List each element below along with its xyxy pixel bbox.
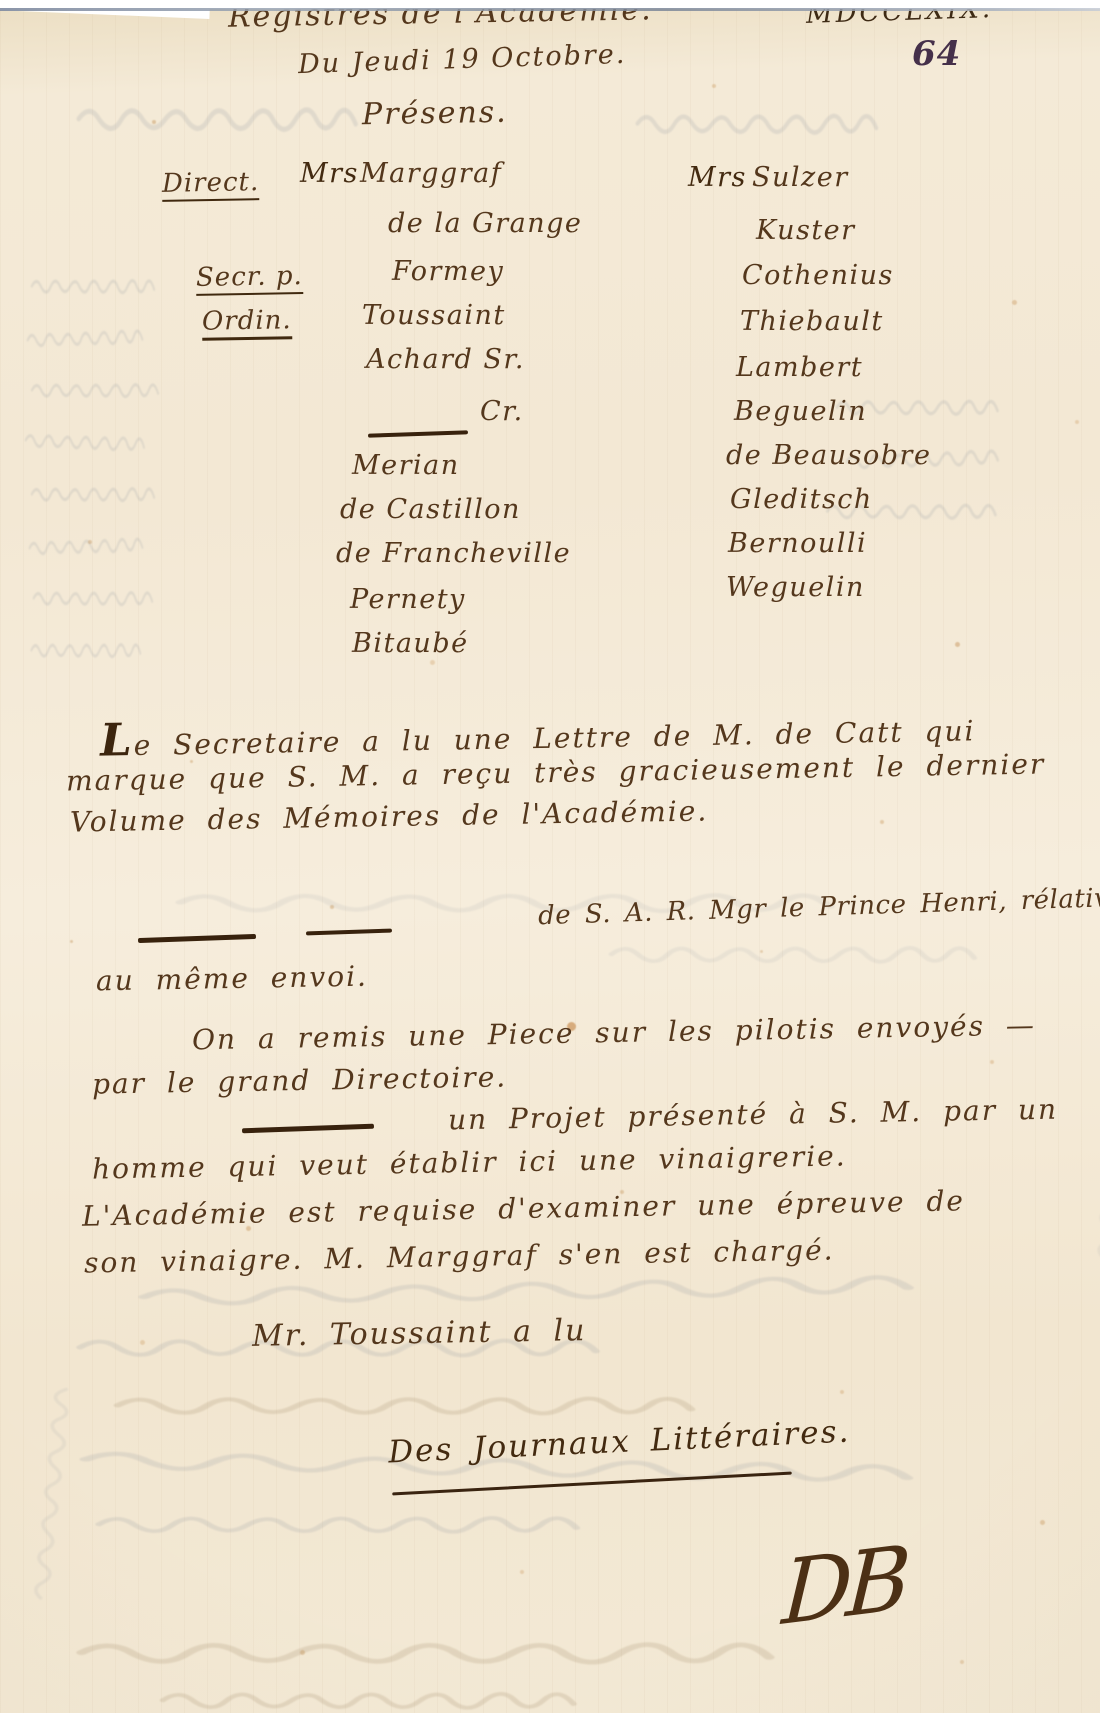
foxing-spot (300, 1650, 305, 1655)
left-prefix: Mrs (300, 158, 359, 189)
manuscript-page: Registres de l'Académie. MDCCLXIX. 64 Du… (0, 0, 1100, 1713)
ghost-bleedthrough (70, 96, 360, 138)
ghost-bleedthrough (22, 426, 147, 456)
attendee-name: Gleditsch (730, 484, 873, 515)
role-director: Direct. (162, 167, 260, 202)
attendee-name: Cothenius (742, 260, 894, 291)
ghost-bleedthrough (28, 480, 156, 506)
ghost-bleedthrough (150, 1684, 580, 1713)
ghost-bleedthrough (630, 104, 880, 140)
foxing-spot (955, 642, 960, 647)
foxing-spot (1075, 420, 1079, 424)
attendee-name: Bitaubé (352, 628, 469, 659)
ghost-bleedthrough (26, 530, 145, 560)
attendee-name: Weguelin (726, 572, 865, 603)
ghost-bleedthrough (100, 1388, 700, 1420)
foxing-spot (990, 1060, 994, 1064)
role-secretary: Secr. p. (196, 261, 303, 296)
foxing-spot (152, 120, 156, 124)
attendee-name: Sulzer (752, 162, 849, 193)
ghost-bleedthrough (28, 636, 142, 662)
foxing-spot (520, 1570, 524, 1574)
attendee-name: Kuster (756, 215, 856, 246)
present-heading: Présens. (362, 95, 508, 133)
foxing-spot (712, 84, 716, 88)
attendee-name: Merian (352, 450, 460, 481)
foxing-spot (430, 660, 435, 665)
attendee-name: de Beausobre (726, 440, 931, 471)
foxing-spot (880, 820, 884, 824)
foxing-spot (140, 1340, 145, 1345)
minute-line: Mr. Toussaint a lu (252, 1313, 587, 1354)
attendee-name: de Francheville (336, 538, 571, 569)
foxing-spot (88, 540, 92, 544)
attendee-name: de la Grange (388, 208, 582, 239)
attendee-name: Beguelin (734, 396, 867, 427)
ghost-bleedthrough (28, 272, 156, 298)
attendee-name: Bernoulli (728, 528, 867, 559)
foxing-spot (1012, 300, 1017, 305)
monogram-paraph: DB (780, 1526, 908, 1645)
ghost-bleedthrough (600, 938, 980, 968)
attendee-name: Cr. (480, 396, 524, 427)
attendee-name: de Castillon (340, 494, 521, 525)
right-prefix: Mrs (688, 162, 747, 193)
attendee-name: Toussaint (362, 300, 506, 331)
scan-edge-line (0, 8, 1100, 11)
ghost-bleedthrough (60, 1632, 780, 1670)
ghost-bleedthrough (24, 322, 145, 352)
attendee-name: Formey (392, 256, 504, 287)
ghost-bleedthrough (30, 584, 154, 610)
foxing-spot (1040, 1520, 1045, 1525)
attendee-name: Pernety (350, 584, 466, 615)
minute-line: au même envoi. (96, 960, 368, 998)
ghost-bleedthrough (28, 376, 160, 402)
ghost-bleedthrough (84, 1508, 584, 1538)
foxing-spot (760, 950, 763, 953)
foxing-spot (330, 905, 334, 909)
attendee-name: Marggraf (360, 158, 502, 189)
folio-number: 64 (912, 34, 961, 74)
role-ordinary: Ordin. (202, 305, 292, 341)
attendee-name: Thiebault (740, 306, 884, 337)
attendee-name: Lambert (736, 352, 863, 383)
foxing-spot (840, 1390, 844, 1394)
foxing-spot (960, 1660, 964, 1664)
foxing-spot (70, 940, 73, 943)
attendee-name: Achard Sr. (366, 344, 525, 375)
